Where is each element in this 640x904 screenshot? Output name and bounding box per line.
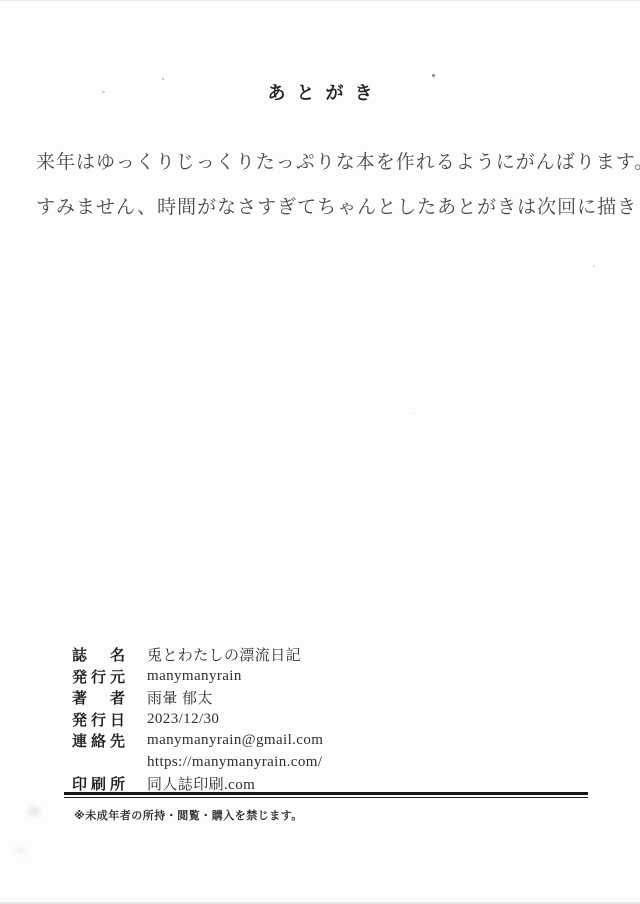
afterword-body: 来年はゆっくりじっくりたっぷりな本を作れるようにがんばります。 すみません、時間…	[36, 153, 620, 243]
colophon-label: 連絡先	[72, 730, 125, 751]
colophon-value: 2023/12/30	[147, 711, 219, 728]
body-line: すみません、時間がなさすぎてちゃんとしたあとがきは次回に描きます…。	[36, 198, 620, 217]
scan-speck	[432, 74, 435, 77]
page-title: あとがき	[0, 79, 640, 105]
colophon-row: 著者 雨暈 郁太	[72, 687, 323, 709]
colophon-value: manymanyrain@gmail.com	[147, 732, 323, 749]
colophon-row: https://manymanyrain.com/	[72, 752, 323, 774]
colophon-value: manymanyrain	[147, 668, 242, 685]
colophon-value: 兎とわたしの漂流日記	[147, 644, 301, 665]
colophon: 誌名 兎とわたしの漂流日記 発行元 manymanyrain 著者 雨暈 郁太 …	[72, 644, 323, 795]
colophon-label: 誌名	[72, 644, 125, 665]
body-line: 来年はゆっくりじっくりたっぷりな本を作れるようにがんばります。	[36, 153, 620, 172]
scanned-afterword-page: あとがき 来年はゆっくりじっくりたっぷりな本を作れるようにがんばります。 すみま…	[0, 0, 640, 904]
scan-smudge	[16, 847, 26, 853]
scan-speck	[413, 412, 415, 414]
colophon-value: https://manymanyrain.com/	[147, 754, 322, 771]
colophon-label: 発行元	[72, 666, 125, 687]
colophon-value: 雨暈 郁太	[147, 687, 213, 708]
colophon-row: 発行元 manymanyrain	[72, 666, 323, 688]
footer-note: ※未成年者の所持・閲覧・購入を禁じます。	[74, 807, 303, 823]
scan-smudge	[28, 807, 40, 816]
colophon-row: 発行日 2023/12/30	[72, 709, 323, 731]
colophon-label: 著者	[72, 687, 125, 708]
colophon-row: 誌名 兎とわたしの漂流日記	[72, 644, 323, 666]
double-rule-divider	[64, 792, 588, 798]
scan-speck	[593, 265, 595, 267]
colophon-row: 連絡先 manymanyrain@gmail.com	[72, 730, 323, 752]
colophon-label: 発行日	[72, 709, 125, 730]
